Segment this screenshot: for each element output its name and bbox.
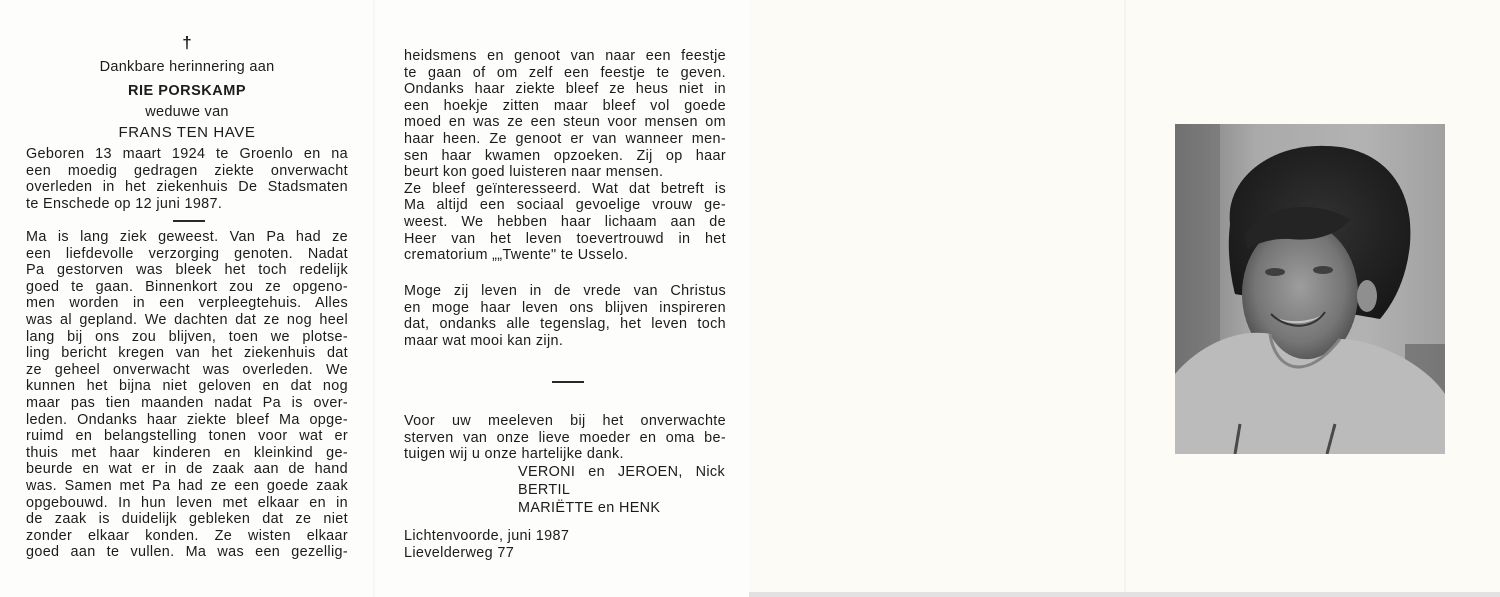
text-line: weest. We hebben haar lichaam aan de (404, 214, 726, 231)
divider-rule (552, 381, 584, 383)
relation-line: weduwe van (26, 103, 348, 121)
deceased-name: RIE PORSKAMP (26, 82, 348, 100)
text-line: was. Samen met Pa had ze een goede zaak (26, 478, 348, 495)
text-line: Heer van het leven toevertrouwd in het (404, 231, 726, 248)
thanks-paragraph: Voor uw meeleven bij het onverwachtester… (404, 413, 726, 463)
text-line: Pa gestorven was bleek het toch redelijk (26, 262, 348, 279)
place-and-address: Lichtenvoorde, juni 1987 Lievelderweg 77 (404, 528, 569, 561)
text-line: een hoekje zitten maar bleef vol goede (404, 98, 726, 115)
text-line: haar heen. Ze genoot er van wanneer men- (404, 131, 726, 148)
text-line: sen haar kwamen opzoeken. Zij op haar (404, 148, 726, 165)
signer-line: BERTIL (518, 481, 725, 499)
text-line: kunnen het bijna niet geloven en dat nog (26, 378, 348, 395)
spouse-name: FRANS TEN HAVE (26, 124, 348, 142)
portrait-photo (1175, 124, 1445, 454)
text-line: goed te gaan. Binnenkort zou ze opgeno- (26, 279, 348, 296)
text-line: crematorium „„Twente" te Usselo. (404, 247, 726, 264)
signer-line: MARIËTTE en HENK (518, 499, 725, 517)
divider-rule (173, 220, 205, 222)
text-line: Voor uw meeleven bij het onverwachte (404, 413, 726, 430)
memorial-card-text-spread: † Dankbare herinnering aan RIE PORSKAMP … (0, 0, 749, 597)
text-line: thuis met haar kinderen en kleinkind ge- (26, 445, 348, 462)
text-line: beurt kon goed luisteren naar mensen. (404, 164, 726, 181)
card-fold-line (373, 0, 375, 597)
text-line: maar wat mooi kan zijn. (404, 333, 726, 350)
text-line: moed en was ze een steun voor mensen om (404, 114, 726, 131)
text-line: goed aan te vullen. Ma was een gezellig- (26, 544, 348, 561)
continuation-paragraph: heidsmens en genoot van naar een feestje… (404, 48, 726, 264)
text-line: lang bij ons zou blijven, toen we plotse… (26, 329, 348, 346)
address: Lievelderweg 77 (404, 545, 569, 562)
text-line: ruimd en belangstelling tonen voor wat e… (26, 428, 348, 445)
memorial-paragraph: Ma is lang ziek geweest. Van Pa had zeee… (26, 229, 348, 561)
text-line: tuigen wij u onze hartelijke dank. (404, 446, 726, 463)
text-line: men worden in een verpleegtehuis. Alles (26, 295, 348, 312)
portrait-image-icon (1175, 124, 1445, 454)
text-line: de zaak is duidelijk gebleken dat ze nie… (26, 511, 348, 528)
signer-line: VERONI en JEROEN, Nick (518, 463, 725, 481)
text-line: Ma altijd een sociaal gevoelige vrouw ge… (404, 197, 726, 214)
text-line: Ze bleef geïnteresseerd. Wat dat betreft… (404, 181, 726, 198)
text-line: Ondanks haar ziekte bleef ze heus niet i… (404, 81, 726, 98)
text-line: Moge zij leven in de vrede van Christus (404, 283, 726, 300)
text-line: Geboren 13 maart 1924 te Groenlo en na (26, 146, 348, 163)
text-line: ze geheel onverwacht was overleden. We (26, 362, 348, 379)
intro-line: Dankbare herinnering aan (26, 58, 348, 76)
memorial-card-photo-spread (749, 0, 1500, 592)
text-line: maar pas tien maanden nadat Pa is over- (26, 395, 348, 412)
place-date: Lichtenvoorde, juni 1987 (404, 528, 569, 545)
cross-icon: † (26, 33, 348, 53)
text-line: een moedig gedragen ziekte onverwacht (26, 163, 348, 180)
text-line: te gaan of om zelf een feestje te geven. (404, 65, 726, 82)
text-line: beurde en wat er in de zaak aan de hand (26, 461, 348, 478)
text-line: was al gepland. We dachten dat ze nog he… (26, 312, 348, 329)
text-line: opgebouwd. In hun leven met elkaar en in (26, 495, 348, 512)
signers-list: VERONI en JEROEN, Nick BERTIL MARIËTTE e… (518, 463, 725, 518)
text-line: en moge haar leven ons blijven inspirere… (404, 300, 726, 317)
birth-death-paragraph: Geboren 13 maart 1924 te Groenlo en na e… (26, 146, 348, 212)
prayer-paragraph: Moge zij leven in de vrede van Christuse… (404, 283, 726, 349)
text-line: zonder elkaar konden. Ze wisten elkaar (26, 528, 348, 545)
text-line: ling bericht kregen van het ziekenhuis d… (26, 345, 348, 362)
text-line: te Enschede op 12 juni 1987. (26, 196, 348, 213)
text-line: overleden in het ziekenhuis De Stadsmate… (26, 179, 348, 196)
text-line: leden. Ondanks haar ziekte bleef Ma opge… (26, 412, 348, 429)
text-line: sterven van onze lieve moeder en oma be- (404, 430, 726, 447)
text-line: dat, ondanks alle tegenslag, het leven t… (404, 316, 726, 333)
text-line: Ma is lang ziek geweest. Van Pa had ze (26, 229, 348, 246)
text-line: heidsmens en genoot van naar een feestje (404, 48, 726, 65)
text-line: een liefdevolle verzorging genoten. Nada… (26, 246, 348, 263)
card-fold-line (1124, 0, 1126, 592)
